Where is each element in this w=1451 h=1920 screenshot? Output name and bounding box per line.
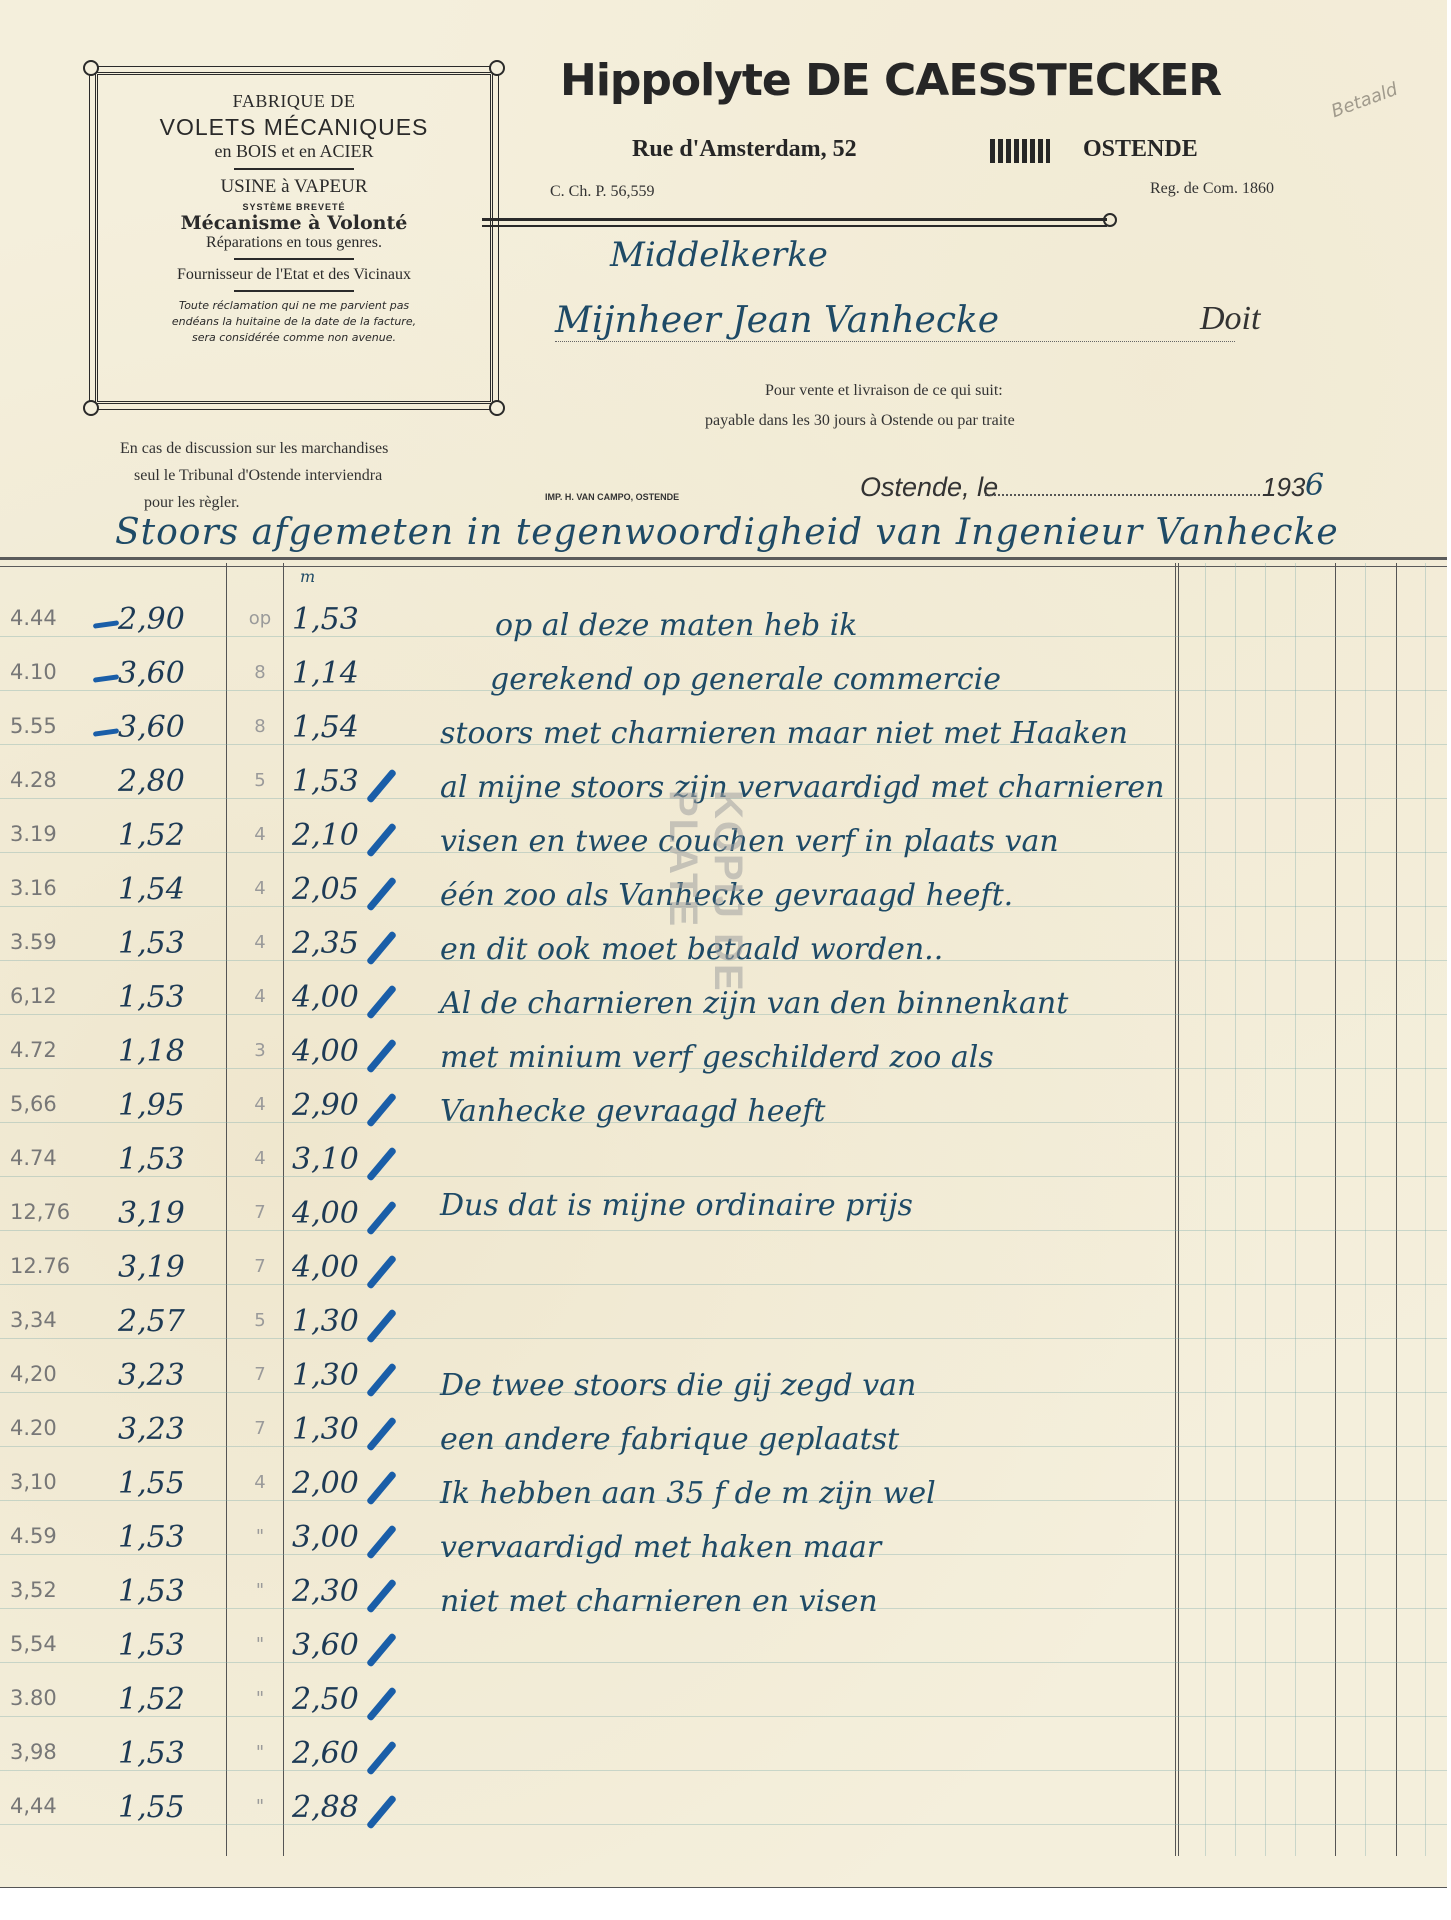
doit-label: Doit	[1200, 300, 1260, 338]
blue-check-stroke-icon	[366, 822, 397, 857]
blue-check-stroke-icon	[366, 1740, 397, 1775]
complaint-notice: Toute réclamation qui ne me parvient pas…	[98, 298, 490, 346]
height-value: 2,05	[292, 872, 359, 907]
height-value: 1,30	[292, 1358, 359, 1393]
pencil-total: 4.28	[10, 768, 110, 792]
blue-check-stroke-icon	[366, 1686, 397, 1721]
pencil-margin-note: Betaald	[1328, 79, 1400, 122]
measurement-row: 3.161,5442,05	[0, 868, 420, 922]
notice-line: Toute réclamation qui ne me parvient pas	[98, 298, 490, 314]
blue-check-stroke-icon	[366, 1470, 397, 1505]
unit-label: m	[300, 567, 315, 586]
recipient-name: Mijnheer Jean Vanhecke	[555, 300, 1235, 342]
quantity-value: "	[240, 1634, 280, 1655]
width-value: 1,53	[118, 980, 185, 1015]
measurement-row: 3.591,5342,35	[0, 922, 420, 976]
disclaimer-line: En cas de discussion sur les marchandise…	[120, 435, 388, 462]
measurement-row: 4.442,90op1,53	[0, 598, 420, 652]
corner-ring-icon	[83, 400, 99, 416]
width-value: 1,53	[118, 1142, 185, 1177]
note-line: stoors met charnieren maar niet met Haak…	[440, 716, 1128, 751]
width-value: 1,95	[118, 1088, 185, 1123]
blue-check-stroke-icon	[366, 1794, 397, 1829]
height-value: 2,90	[292, 1088, 359, 1123]
blue-check-stroke-icon	[366, 1524, 397, 1559]
width-value: 1,53	[118, 1628, 185, 1663]
width-value: 3,23	[118, 1412, 185, 1447]
quantity-value: "	[240, 1688, 280, 1709]
measurement-row: 12,763,1974,00	[0, 1192, 420, 1246]
pencil-total: 12.76	[10, 1254, 110, 1278]
width-value: 2,80	[118, 764, 185, 799]
divider	[234, 290, 354, 292]
measurement-row: 5,541,53"3,60	[0, 1624, 420, 1678]
height-value: 3,00	[292, 1520, 359, 1555]
measurement-row: 4.721,1834,00	[0, 1030, 420, 1084]
quantity-value: 7	[240, 1418, 280, 1439]
measurement-row: 5.553,6081,54	[0, 706, 420, 760]
measurement-row: 6,121,5344,00	[0, 976, 420, 1030]
pencil-total: 3.80	[10, 1686, 110, 1710]
height-value: 1,30	[292, 1304, 359, 1339]
height-value: 2,50	[292, 1682, 359, 1717]
width-value: 3,60	[118, 710, 185, 745]
quantity-value: 4	[240, 1472, 280, 1493]
measurement-row: 3,101,5542,00	[0, 1462, 420, 1516]
measurement-row: 4,441,55"2,88	[0, 1786, 420, 1840]
quantity-value: "	[240, 1796, 280, 1817]
width-value: 3,19	[118, 1196, 185, 1231]
blue-check-stroke-icon	[366, 876, 397, 911]
pencil-total: 4,20	[10, 1362, 110, 1386]
invoice-sheet: FABRIQUE DE VOLETS MÉCANIQUES en BOIS et…	[0, 0, 1447, 1888]
ledger-top-rule	[0, 557, 1447, 567]
quantity-value: 4	[240, 932, 280, 953]
width-value: 1,55	[118, 1466, 185, 1501]
height-value: 3,10	[292, 1142, 359, 1177]
printer-credit: IMP. H. VAN CAMPO, OSTENDE	[545, 492, 679, 502]
width-value: 2,90	[118, 602, 185, 637]
corner-ring-icon	[489, 60, 505, 76]
measurement-row: 3.801,52"2,50	[0, 1678, 420, 1732]
quantity-value: "	[240, 1742, 280, 1763]
corner-ring-icon	[489, 400, 505, 416]
quantity-value: 4	[240, 824, 280, 845]
note-line: De twee stoors die gij zegd van	[440, 1368, 916, 1403]
measurement-row: 5,661,9542,90	[0, 1084, 420, 1138]
height-value: 1,14	[292, 656, 359, 691]
blue-check-stroke-icon	[366, 1146, 397, 1181]
pencil-total: 3.19	[10, 822, 110, 846]
measurement-row: 12.763,1974,00	[0, 1246, 420, 1300]
quantity-value: 5	[240, 770, 280, 791]
quantity-value: 7	[240, 1364, 280, 1385]
bars-ornament-icon	[990, 139, 1050, 163]
letterhead-line: SYSTÈME BREVETÉ	[98, 202, 490, 212]
letterhead-box: FABRIQUE DE VOLETS MÉCANIQUES en BOIS et…	[95, 72, 493, 404]
pencil-total: 4.59	[10, 1524, 110, 1548]
height-value: 1,53	[292, 602, 359, 637]
measurement-row: 4.103,6081,14	[0, 652, 420, 706]
pencil-total: 3,34	[10, 1308, 110, 1332]
quantity-value: 5	[240, 1310, 280, 1331]
width-value: 1,52	[118, 1682, 185, 1717]
disclaimer: En cas de discussion sur les marchandise…	[120, 435, 388, 516]
terms-line: Pour vente et livraison de ce qui suit:	[765, 382, 1003, 400]
letterhead-system: Mécanisme à Volonté	[98, 212, 490, 234]
measurement-row: 4.203,2371,30	[0, 1408, 420, 1462]
note-line: niet met charnieren en visen	[440, 1584, 878, 1619]
header-rule	[482, 218, 1107, 227]
height-value: 3,60	[292, 1628, 359, 1663]
ledger-bottom-rule	[0, 1887, 1447, 1888]
width-value: 3,60	[118, 656, 185, 691]
corner-ring-icon	[83, 60, 99, 76]
year-handwritten: 6	[1305, 468, 1324, 503]
width-value: 1,53	[118, 926, 185, 961]
pencil-total: 3,10	[10, 1470, 110, 1494]
pencil-total: 3,98	[10, 1740, 110, 1764]
letterhead-line: en BOIS et en ACIER	[98, 141, 490, 162]
height-value: 4,00	[292, 1034, 359, 1069]
ledger-headline: Stoors afgemeten in tegenwoordigheid van…	[115, 512, 1339, 553]
measurement-row: 3.191,5242,10	[0, 814, 420, 868]
quantity-value: 8	[240, 662, 280, 683]
width-value: 1,54	[118, 872, 185, 907]
measurement-row: 3,981,53"2,60	[0, 1732, 420, 1786]
height-value: 1,54	[292, 710, 359, 745]
note-line: Dus dat is mijne ordinaire prijs	[440, 1188, 913, 1223]
company-name: Hippolyte DE CAESSTECKER	[560, 55, 1221, 106]
measurement-row: 3,521,53"2,30	[0, 1570, 420, 1624]
height-value: 2,00	[292, 1466, 359, 1501]
height-value: 2,10	[292, 818, 359, 853]
blue-check-stroke-icon	[366, 768, 397, 803]
rule-ring-icon	[1103, 213, 1117, 227]
note-line: vervaardigd met haken maar	[440, 1530, 881, 1565]
pencil-total: 4,44	[10, 1794, 110, 1818]
height-value: 1,30	[292, 1412, 359, 1447]
letterhead-line: Fournisseur de l'Etat et des Vicinaux	[98, 266, 490, 284]
quantity-value: 4	[240, 1148, 280, 1169]
quantity-value: 4	[240, 1094, 280, 1115]
width-value: 3,23	[118, 1358, 185, 1393]
blue-check-stroke-icon	[366, 1578, 397, 1613]
letterhead-line: FABRIQUE DE	[98, 91, 490, 112]
blue-check-stroke-icon	[366, 1632, 397, 1667]
height-value: 1,53	[292, 764, 359, 799]
width-value: 1,53	[118, 1736, 185, 1771]
measurement-row: 4.591,53"3,00	[0, 1516, 420, 1570]
height-value: 4,00	[292, 1250, 359, 1285]
cheque-account: C. Ch. P. 56,559	[550, 183, 654, 201]
note-line: gerekend op generale commercie	[490, 662, 1001, 697]
letterhead-line: Réparations en tous genres.	[98, 234, 490, 252]
pencil-total: 4.20	[10, 1416, 110, 1440]
measurement-row: 3,342,5751,30	[0, 1300, 420, 1354]
pencil-total: 3.16	[10, 876, 110, 900]
quantity-value: 4	[240, 986, 280, 1007]
measurement-row: 4.741,5343,10	[0, 1138, 420, 1192]
quantity-value: 7	[240, 1202, 280, 1223]
pencil-total: 5,66	[10, 1092, 110, 1116]
commerce-registry: Reg. de Com. 1860	[1150, 180, 1274, 198]
pencil-total: 5,54	[10, 1632, 110, 1656]
quantity-value: op	[240, 608, 280, 629]
note-line: al mijne stoors zijn vervaardigd met cha…	[440, 770, 1164, 805]
blue-check-stroke-icon	[366, 984, 397, 1019]
company-city: OSTENDE	[1083, 136, 1198, 163]
height-value: 2,88	[292, 1790, 359, 1825]
width-value: 1,53	[118, 1574, 185, 1609]
blue-check-stroke-icon	[366, 1200, 397, 1235]
watermark: KOPIJ DE PLATE	[660, 790, 750, 1070]
date-field	[985, 494, 1260, 496]
pencil-total: 3.59	[10, 930, 110, 954]
blue-check-stroke-icon	[366, 930, 397, 965]
quantity-value: 8	[240, 716, 280, 737]
pencil-total: 4.72	[10, 1038, 110, 1062]
date-label: Ostende, le	[860, 472, 998, 503]
notice-line: endéans la huitaine de la date de la fac…	[98, 314, 490, 330]
blue-check-stroke-icon	[366, 1308, 397, 1343]
height-value: 2,60	[292, 1736, 359, 1771]
recipient-place: Middelkerke	[610, 235, 828, 275]
width-value: 1,53	[118, 1520, 185, 1555]
height-value: 2,35	[292, 926, 359, 961]
divider	[234, 258, 354, 260]
pencil-total: 3,52	[10, 1578, 110, 1602]
blue-check-stroke-icon	[366, 1092, 397, 1127]
pencil-total: 6,12	[10, 984, 110, 1008]
blue-check-stroke-icon	[366, 1416, 397, 1451]
notice-line: sera considérée comme non avenue.	[98, 330, 490, 346]
quantity-value: 3	[240, 1040, 280, 1061]
divider	[234, 168, 354, 170]
blue-check-stroke-icon	[366, 1038, 397, 1073]
pencil-total: 4.74	[10, 1146, 110, 1170]
note-line: op al deze maten heb ik	[495, 608, 857, 643]
quantity-value: 4	[240, 878, 280, 899]
width-value: 3,19	[118, 1250, 185, 1285]
blue-check-stroke-icon	[366, 1254, 397, 1289]
company-address: Rue d'Amsterdam, 52	[632, 136, 857, 163]
year-printed: 193	[1262, 472, 1305, 503]
note-line: Vanhecke gevraagd heeft	[440, 1094, 825, 1129]
note-line: een andere fabrique geplaatst	[440, 1422, 899, 1457]
blue-check-stroke-icon	[366, 1362, 397, 1397]
terms-line: payable dans les 30 jours à Ostende ou p…	[705, 412, 1015, 430]
width-value: 2,57	[118, 1304, 185, 1339]
quantity-value: "	[240, 1526, 280, 1547]
note-line: Ik hebben aan 35 f de m zijn wel	[440, 1476, 936, 1511]
width-value: 1,18	[118, 1034, 185, 1069]
letterhead-line: USINE à VAPEUR	[98, 176, 490, 198]
measurement-row: 4.282,8051,53	[0, 760, 420, 814]
quantity-value: 7	[240, 1256, 280, 1277]
measurement-row: 4,203,2371,30	[0, 1354, 420, 1408]
quantity-value: "	[240, 1580, 280, 1601]
height-value: 2,30	[292, 1574, 359, 1609]
letterhead-product: VOLETS MÉCANIQUES	[98, 114, 490, 141]
note-line: Al de charnieren zijn van den binnenkant	[440, 986, 1068, 1021]
width-value: 1,55	[118, 1790, 185, 1825]
disclaimer-line: seul le Tribunal d'Ostende interviendra	[120, 462, 388, 489]
height-value: 4,00	[292, 1196, 359, 1231]
width-value: 1,52	[118, 818, 185, 853]
height-value: 4,00	[292, 980, 359, 1015]
pencil-total: 12,76	[10, 1200, 110, 1224]
